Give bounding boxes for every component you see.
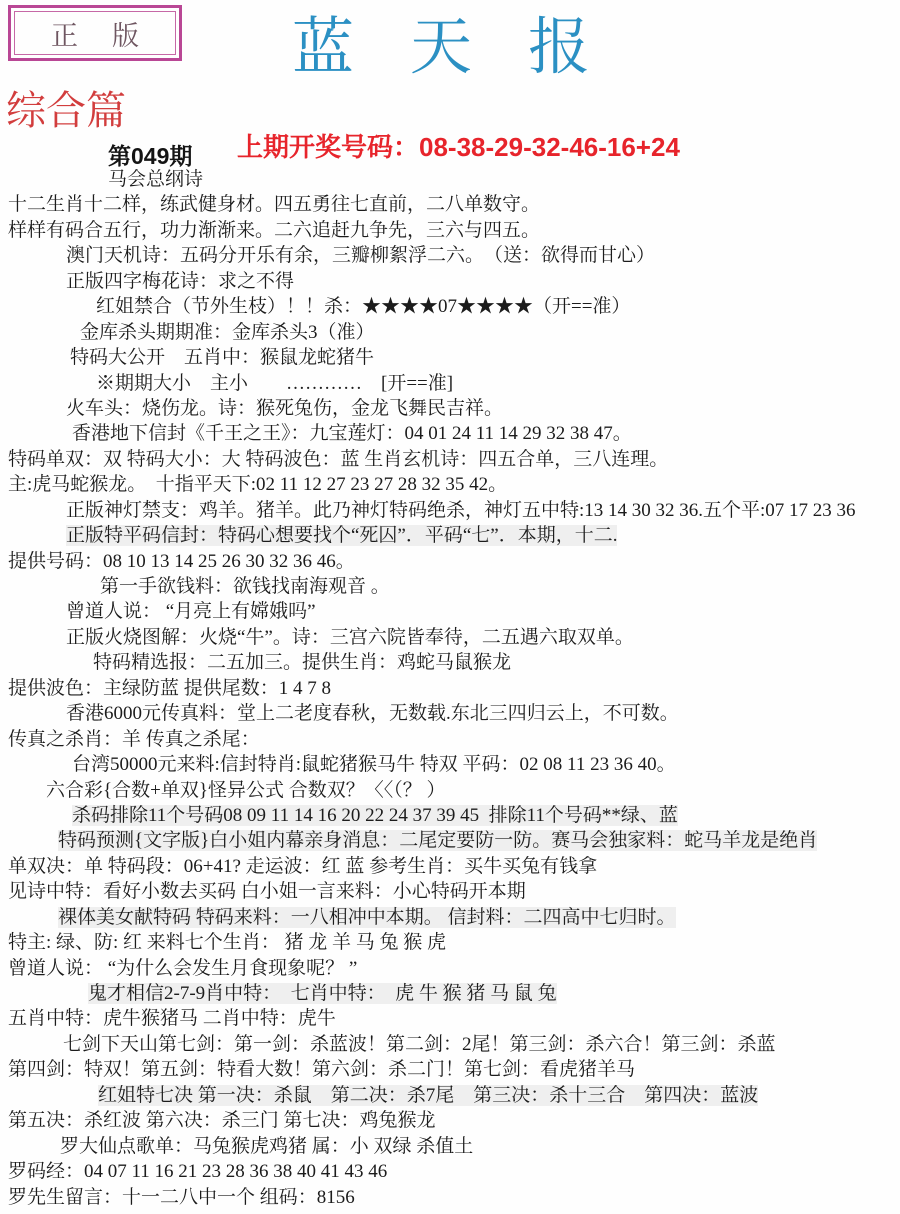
text-line: 特码精选报：二五加三。提供生肖：鸡蛇马鼠猴龙 — [8, 650, 900, 675]
text-line-content: 提供波色：主绿防蓝 提供尾数：1 4 7 8 — [8, 678, 331, 699]
text-line-content: 马会总纲诗 — [108, 169, 203, 190]
text-line: ※期期大小 主小 ………… [开==准] — [8, 371, 900, 396]
text-line: 十二生肖十二样，练武健身材。四五勇往七直前，二八单数守。 — [8, 192, 900, 217]
section-title: 综合篇 — [6, 88, 126, 134]
text-line: 见诗中特：看好小数去买码 白小姐一言来料：小心特码开本期 — [8, 879, 900, 904]
text-line-content: 台湾50000元来料:信封特肖:鼠蛇猪猴马牛 特双 平码：02 08 11 23… — [72, 754, 676, 775]
text-line: 特主: 绿、防: 红 来料七个生肖： 猪 龙 羊 马 兔 猴 虎 — [8, 930, 900, 955]
text-line: 台湾50000元来料:信封特肖:鼠蛇猪猴马牛 特双 平码：02 08 11 23… — [8, 752, 900, 777]
text-line: 杀码排除11个号码08 09 11 14 16 20 22 24 37 39 4… — [8, 803, 900, 828]
text-line: 第四剑：特双！第五剑：特看大数！第六剑：杀二门！第七剑：看虎猪羊马 — [8, 1057, 900, 1082]
text-line-content: 杀码排除11个号码08 09 11 14 16 20 22 24 37 39 4… — [72, 805, 678, 826]
text-line-content: 鬼才相信2-7-9肖中特： 七肖中特： 虎 牛 猴 猪 马 鼠 兔 — [88, 983, 557, 1004]
text-line-content: 特主: 绿、防: 红 来料七个生肖： 猪 龙 羊 马 兔 猴 虎 — [8, 932, 446, 953]
text-line-content: ※期期大小 主小 ………… [开==准] — [96, 373, 453, 394]
text-line-content: 六合彩{合数+单双}怪异公式 合数双？〈〈（？ ） — [46, 780, 445, 801]
text-line-content: 传真之杀肖：羊 传真之杀尾： — [8, 729, 260, 750]
text-line: 罗码经：04 07 11 16 21 23 28 36 38 40 41 43 … — [8, 1159, 900, 1184]
text-line: 澳门天机诗：五码分开乐有余，三瓣柳絮浮二六。 （送：欲得而甘心） — [8, 243, 900, 268]
text-line: 罗先生留言：十一二八中一个 组码：8156 — [8, 1185, 900, 1210]
text-line-content: 特码预测{文字版}白小姐内幕亲身消息：二尾定要防一防。赛马会独家料：蛇马羊龙是绝… — [58, 830, 817, 851]
text-line: 特码预测{文字版}白小姐内幕亲身消息：二尾定要防一防。赛马会独家料：蛇马羊龙是绝… — [8, 828, 900, 853]
text-line: 红姐禁合（节外生枝）！！杀：★★★★07★★★★（开==准） — [8, 294, 900, 319]
text-line-content: 单双决：单 特码段：06+41? 走运波：红 蓝 参考生肖：买牛买兔有钱拿 — [8, 856, 597, 877]
text-line: 特码大公开 五肖中：猴鼠龙蛇猪牛 — [8, 345, 900, 370]
text-line-content: 曾道人说： “为什么会发生月食现象呢？ ” — [8, 958, 357, 979]
paper-title: 蓝天报 — [292, 8, 646, 88]
text-line: 罗大仙点歌单：马兔猴虎鸡猪 属：小 双绿 杀值土 — [8, 1134, 900, 1159]
text-line-content: 正版火烧图解：火烧“牛”。诗：三宫六院皆奉待，二五遇六取双单。 — [66, 627, 634, 648]
edition-badge: 正版 — [8, 5, 182, 61]
text-line-content: 见诗中特：看好小数去买码 白小姐一言来料：小心特码开本期 — [8, 881, 526, 902]
text-line: 曾道人说： “为什么会发生月食现象呢？ ” — [8, 956, 900, 981]
text-line-content: 罗码经：04 07 11 16 21 23 28 36 38 40 41 43 … — [8, 1161, 387, 1182]
text-line: 提供波色：主绿防蓝 提供尾数：1 4 7 8 — [8, 676, 900, 701]
text-line-content: 红姐禁合（节外生枝）！！杀：★★★★07★★★★（开==准） — [96, 296, 630, 317]
newspaper-page: 正版 蓝天报 综合篇 第049期 上期开奖号码：08-38-29-32-46-1… — [0, 0, 900, 1214]
edition-badge-label: 正版 — [17, 14, 173, 53]
text-line-content: 香港6000元传真料：堂上二老度春秋，无数载.东北三四归云上，不可数。 — [66, 703, 679, 724]
last-draw-numbers: 上期开奖号码：08-38-29-32-46-16+24 — [237, 127, 680, 164]
text-line: 第一手欲钱料：欲钱找南海观音 。 — [8, 574, 900, 599]
text-line-content: 特码大公开 五肖中：猴鼠龙蛇猪牛 — [70, 347, 374, 368]
text-line: 七剑下天山第七剑：第一剑：杀蓝波！第二剑：2尾！第三剑：杀六合！第三剑：杀蓝 — [8, 1032, 900, 1057]
text-line-content: 第五决：杀红波 第六决：杀三门 第七决：鸡兔猴龙 — [8, 1110, 436, 1131]
text-line-content: 香港地下信封《千王之王》：九宝莲灯：04 01 24 11 14 29 32 3… — [72, 423, 632, 444]
text-line: 马会总纲诗 — [8, 167, 900, 192]
text-line: 六合彩{合数+单双}怪异公式 合数双？〈〈（？ ） — [8, 778, 900, 803]
text-line: 红姐特七决 第一决：杀鼠 第二决：杀7尾 第三决：杀十三合 第四决：蓝波 — [8, 1083, 900, 1108]
text-line-content: 特码单双：双 特码大小：大 特码波色：蓝 生肖玄机诗：四五合单，三八连理。 — [8, 449, 668, 470]
text-line: 传真之杀肖：羊 传真之杀尾： — [8, 727, 900, 752]
text-line: 正版神灯禁支：鸡羊。猪羊。此乃神灯特码绝杀，神灯五中特:13 14 30 32 … — [8, 498, 900, 523]
text-line: 香港地下信封《千王之王》：九宝莲灯：04 01 24 11 14 29 32 3… — [8, 421, 900, 446]
text-line-content: 第四剑：特双！第五剑：特看大数！第六剑：杀二门！第七剑：看虎猪羊马 — [8, 1059, 635, 1080]
text-line-content: 样样有码合五行，功力渐渐来。二六追赶九争先，三六与四五。 — [8, 220, 540, 241]
text-line: 样样有码合五行，功力渐渐来。二六追赶九争先，三六与四五。 — [8, 218, 900, 243]
tips-text-block: 马会总纲诗十二生肖十二样，练武健身材。四五勇往七直前，二八单数守。样样有码合五行… — [8, 167, 900, 1210]
text-line-content: 澳门天机诗：五码分开乐有余，三瓣柳絮浮二六。 （送：欲得而甘心） — [66, 245, 655, 266]
text-line-content: 七剑下天山第七剑：第一剑：杀蓝波！第二剑：2尾！第三剑：杀六合！第三剑：杀蓝 — [63, 1034, 776, 1055]
text-line-content: 特码精选报：二五加三。提供生肖：鸡蛇马鼠猴龙 — [93, 652, 511, 673]
text-line-content: 十二生肖十二样，练武健身材。四五勇往七直前，二八单数守。 — [8, 194, 540, 215]
text-line-content: 提供号码：08 10 13 14 25 26 30 32 36 46。 — [8, 551, 355, 572]
text-line-content: 主:虎马蛇猴龙。 十指平天下:02 11 12 27 23 27 28 32 3… — [8, 474, 507, 495]
text-line-content: 第一手欲钱料：欲钱找南海观音 。 — [100, 576, 390, 597]
text-line: 正版火烧图解：火烧“牛”。诗：三宫六院皆奉待，二五遇六取双单。 — [8, 625, 900, 650]
text-line: 火车头：烧伤龙。诗：猴死兔伤，金龙飞舞民吉祥。 — [8, 396, 900, 421]
text-line-content: 火车头：烧伤龙。诗：猴死兔伤，金龙飞舞民吉祥。 — [66, 398, 503, 419]
text-line: 单双决：单 特码段：06+41? 走运波：红 蓝 参考生肖：买牛买兔有钱拿 — [8, 854, 900, 879]
text-line: 提供号码：08 10 13 14 25 26 30 32 36 46。 — [8, 549, 900, 574]
text-line-content: 正版神灯禁支：鸡羊。猪羊。此乃神灯特码绝杀，神灯五中特:13 14 30 32 … — [66, 500, 856, 521]
text-line: 第五决：杀红波 第六决：杀三门 第七决：鸡兔猴龙 — [8, 1108, 900, 1133]
text-line: 香港6000元传真料：堂上二老度春秋，无数载.东北三四归云上，不可数。 — [8, 701, 900, 726]
text-line-content: 裸体美女献特码 特码来料：一八相冲中本期。 信封料：二四高中七归时。 — [58, 907, 676, 928]
text-line-content: 正版四字梅花诗：求之不得 — [66, 271, 294, 292]
text-line: 五肖中特：虎牛猴猪马 二肖中特：虎牛 — [8, 1006, 900, 1031]
text-line: 金库杀头期期准：金库杀头3（准） — [8, 320, 900, 345]
text-line-content: 红姐特七决 第一决：杀鼠 第二决：杀7尾 第三决：杀十三合 第四决：蓝波 — [98, 1085, 758, 1106]
text-line-content: 五肖中特：虎牛猴猪马 二肖中特：虎牛 — [8, 1008, 336, 1029]
text-line: 特码单双：双 特码大小：大 特码波色：蓝 生肖玄机诗：四五合单，三八连理。 — [8, 447, 900, 472]
text-line: 正版特平码信封：特码心想要找个“死囚”．平码“七”．本期，十二. — [8, 523, 900, 548]
text-line-content: 金库杀头期期准：金库杀头3（准） — [80, 322, 375, 343]
text-line: 裸体美女献特码 特码来料：一八相冲中本期。 信封料：二四高中七归时。 — [8, 905, 900, 930]
text-line: 曾道人说： “月亮上有嫦娥吗” — [8, 599, 900, 624]
text-line: 正版四字梅花诗：求之不得 — [8, 269, 900, 294]
text-line-content: 正版特平码信封：特码心想要找个“死囚”．平码“七”．本期，十二. — [66, 525, 617, 546]
text-line-content: 罗先生留言：十一二八中一个 组码：8156 — [8, 1187, 355, 1208]
text-line: 鬼才相信2-7-9肖中特： 七肖中特： 虎 牛 猴 猪 马 鼠 兔 — [8, 981, 900, 1006]
text-line-content: 罗大仙点歌单：马兔猴虎鸡猪 属：小 双绿 杀值土 — [60, 1136, 473, 1157]
text-line-content: 曾道人说： “月亮上有嫦娥吗” — [66, 601, 316, 622]
text-line: 主:虎马蛇猴龙。 十指平天下:02 11 12 27 23 27 28 32 3… — [8, 472, 900, 497]
